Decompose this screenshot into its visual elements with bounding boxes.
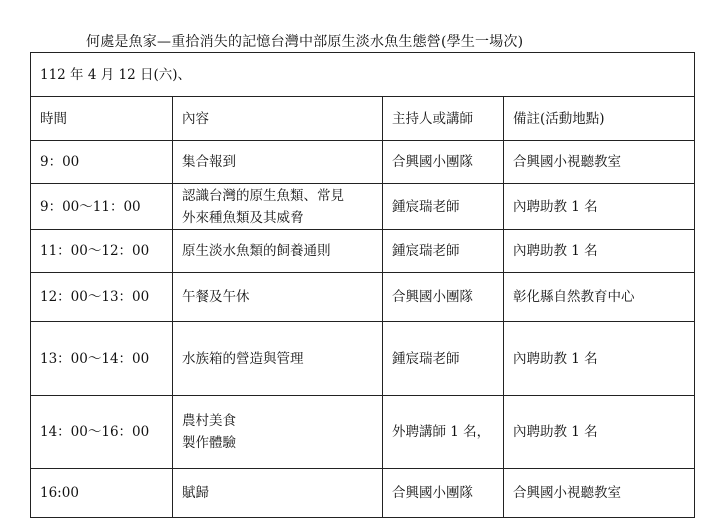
- time-cell: 12：00～13：00: [31, 273, 173, 322]
- schedule-table: 112 年 4 月 12 日(六)、 時間 內容 主持人或講師 備註(活動地點)…: [30, 52, 695, 518]
- host-cell: 合興國小團隊: [383, 469, 504, 518]
- content-cell: 集合報到: [173, 141, 383, 184]
- content-line: 農村美食: [182, 410, 382, 432]
- table-row: 14：00～16：00 農村美食 製作體驗 外聘講師 1 名， 內聘助教 1 名: [31, 396, 695, 469]
- header-content: 內容: [173, 97, 383, 141]
- content-cell: 水族箱的營造與管理: [173, 322, 383, 396]
- table-row: 12：00～13：00 午餐及午休 合興國小團隊 彰化縣自然教育中心: [31, 273, 695, 322]
- time-cell: 13：00～14：00: [31, 322, 173, 396]
- header-row: 時間 內容 主持人或講師 備註(活動地點): [31, 97, 695, 141]
- content-line: 製作體驗: [182, 432, 382, 454]
- host-cell: 鍾宸瑞老師: [383, 322, 504, 396]
- header-host: 主持人或講師: [383, 97, 504, 141]
- time-cell: 9：00～11：00: [31, 184, 173, 230]
- time-cell: 11：00～12：00: [31, 230, 173, 273]
- table-row: 16:00 賦歸 合興國小團隊 合興國小視聽教室: [31, 469, 695, 518]
- header-note: 備註(活動地點): [504, 97, 695, 141]
- note-cell: 彰化縣自然教育中心: [504, 273, 695, 322]
- host-cell: 合興國小團隊: [383, 273, 504, 322]
- document-title: 何處是魚家—重拾消失的記憶台灣中部原生淡水魚生態營(學生一場次): [86, 31, 523, 51]
- content-cell: 賦歸: [173, 469, 383, 518]
- content-cell: 午餐及午休: [173, 273, 383, 322]
- host-cell: 合興國小團隊: [383, 141, 504, 184]
- note-cell: 內聘助教 1 名: [504, 322, 695, 396]
- time-cell: 16:00: [31, 469, 173, 518]
- note-cell: 內聘助教 1 名: [504, 396, 695, 469]
- content-cell: 農村美食 製作體驗: [173, 396, 383, 469]
- note-cell: 合興國小視聽教室: [504, 141, 695, 184]
- table-row: 9：00～11：00 認識台灣的原生魚類、常見 外來種魚類及其威脅 鍾宸瑞老師 …: [31, 184, 695, 230]
- content-line: 認識台灣的原生魚類、常見: [182, 185, 382, 207]
- note-cell: 內聘助教 1 名: [504, 230, 695, 273]
- date-row: 112 年 4 月 12 日(六)、: [31, 53, 695, 97]
- header-time: 時間: [31, 97, 173, 141]
- table-row: 13：00～14：00 水族箱的營造與管理 鍾宸瑞老師 內聘助教 1 名: [31, 322, 695, 396]
- host-cell: 鍾宸瑞老師: [383, 230, 504, 273]
- time-cell: 9：00: [31, 141, 173, 184]
- table-row: 9：00 集合報到 合興國小團隊 合興國小視聽教室: [31, 141, 695, 184]
- date-cell: 112 年 4 月 12 日(六)、: [31, 53, 695, 97]
- time-cell: 14：00～16：00: [31, 396, 173, 469]
- table-row: 11：00～12：00 原生淡水魚類的飼養通則 鍾宸瑞老師 內聘助教 1 名: [31, 230, 695, 273]
- content-line: 外來種魚類及其威脅: [182, 207, 382, 229]
- note-cell: 合興國小視聽教室: [504, 469, 695, 518]
- note-cell: 內聘助教 1 名: [504, 184, 695, 230]
- content-cell: 原生淡水魚類的飼養通則: [173, 230, 383, 273]
- content-cell: 認識台灣的原生魚類、常見 外來種魚類及其威脅: [173, 184, 383, 230]
- host-cell: 鍾宸瑞老師: [383, 184, 504, 230]
- host-cell: 外聘講師 1 名，: [383, 396, 504, 469]
